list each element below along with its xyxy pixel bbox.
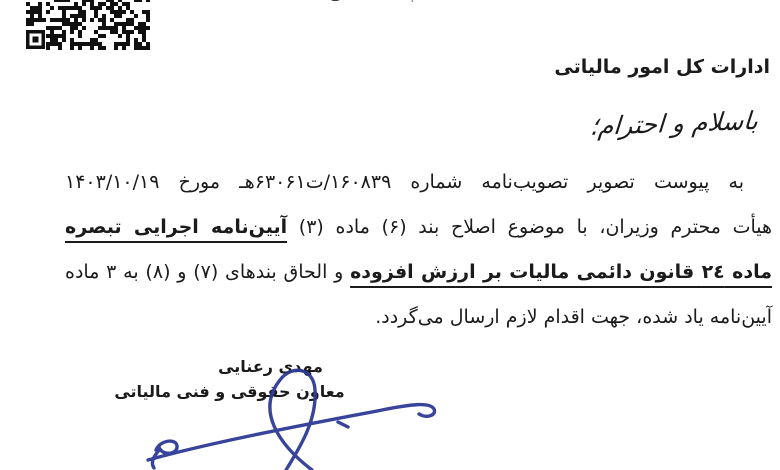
body-text-segment: به پیوست تصویر تصویب‌نامه شماره ۱۶۰۸۳۹/ت… [65,171,744,193]
body-text-segment: آیین‌نامه اجرایی تبصره [65,216,287,238]
body-line: ماده ٢٤ قانون دائمی مالیات بر ارزش افزود… [65,250,772,295]
handwritten-signature [130,352,470,470]
body-text-segment: و الحاق بندهای (۷) و (۸) به ۳ ماده [65,261,350,283]
body-text-segment: هیأت محترم وزیران، با موضوع اصلاح بند (۶… [287,216,772,238]
besmellah-header: بسمه تعالی [322,0,422,3]
salutation-calligraphy: باسلام و احترام؛ [589,106,759,141]
body-text-segment: ماده ٢٤ قانون دائمی مالیات بر ارزش افزود… [350,261,772,283]
signature-loop-stroke [270,370,315,470]
body-text-segment: آیین‌نامه یاد شده، جهت اقدام لازم ارسال … [375,306,772,328]
letter-body: به پیوست تصویر تصویب‌نامه شماره ۱۶۰۸۳۹/ت… [65,160,772,340]
body-line: به پیوست تصویر تصویب‌نامه شماره ۱۶۰۸۳۹/ت… [65,160,772,205]
signature-dot-stroke [338,422,348,427]
scanned-letter-page: { "document": { "besmellah": "بسمه تعالی… [0,0,780,470]
qr-barcode [25,0,151,50]
recipient-heading: ادارات کل امور مالیاتی [554,56,770,78]
body-line: هیأت محترم وزیران، با موضوع اصلاح بند (۶… [65,205,772,250]
body-line: آیین‌نامه یاد شده، جهت اقدام لازم ارسال … [65,295,772,340]
qr-finder-pattern [26,30,45,49]
